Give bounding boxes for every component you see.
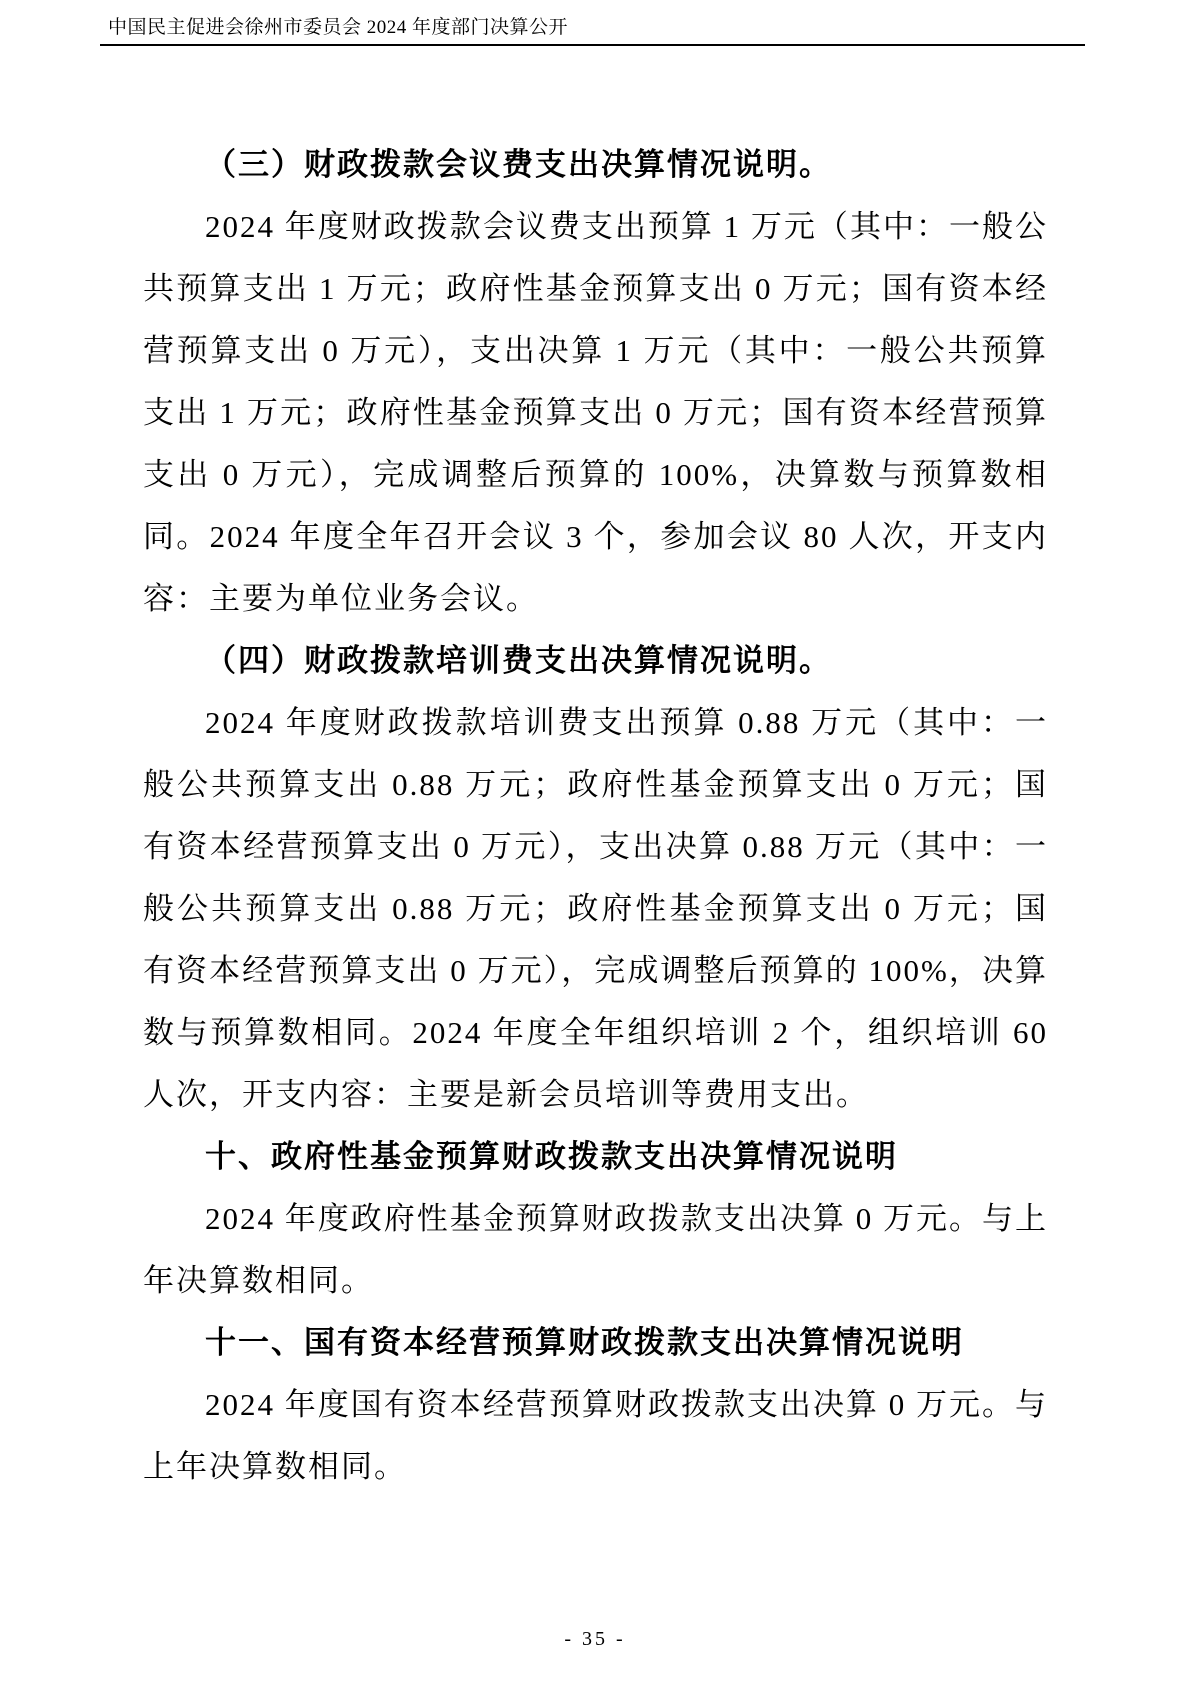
section-heading-state-capital-budget: 十一、国有资本经营预算财政拨款支出决算情况说明 bbox=[143, 1312, 1048, 1374]
page-header: 中国民主促进会徐州市委员会 2024 年度部门决算公开 bbox=[100, 0, 1085, 46]
document-body: （三）财政拨款会议费支出决算情况说明。 2024 年度财政拨款会议费支出预算 1… bbox=[143, 134, 1048, 1498]
page-number: - 35 - bbox=[564, 1628, 625, 1650]
document-header-title: 中国民主促进会徐州市委员会 2024 年度部门决算公开 bbox=[108, 12, 568, 39]
section-heading-gov-fund-budget: 十、政府性基金预算财政拨款支出决算情况说明 bbox=[143, 1126, 1048, 1188]
page-footer: - 35 - bbox=[0, 1628, 1190, 1651]
section-heading-meeting-fee: （三）财政拨款会议费支出决算情况说明。 bbox=[143, 134, 1048, 196]
paragraph-state-capital-budget-detail: 2024 年度国有资本经营预算财政拨款支出决算 0 万元。与上年决算数相同。 bbox=[143, 1374, 1048, 1498]
paragraph-training-fee-detail: 2024 年度财政拨款培训费支出预算 0.88 万元（其中：一般公共预算支出 0… bbox=[143, 692, 1048, 1126]
document-page: 中国民主促进会徐州市委员会 2024 年度部门决算公开 （三）财政拨款会议费支出… bbox=[0, 0, 1190, 1683]
section-heading-training-fee: （四）财政拨款培训费支出决算情况说明。 bbox=[143, 630, 1048, 692]
paragraph-meeting-fee-detail: 2024 年度财政拨款会议费支出预算 1 万元（其中：一般公共预算支出 1 万元… bbox=[143, 196, 1048, 630]
paragraph-gov-fund-budget-detail: 2024 年度政府性基金预算财政拨款支出决算 0 万元。与上年决算数相同。 bbox=[143, 1188, 1048, 1312]
